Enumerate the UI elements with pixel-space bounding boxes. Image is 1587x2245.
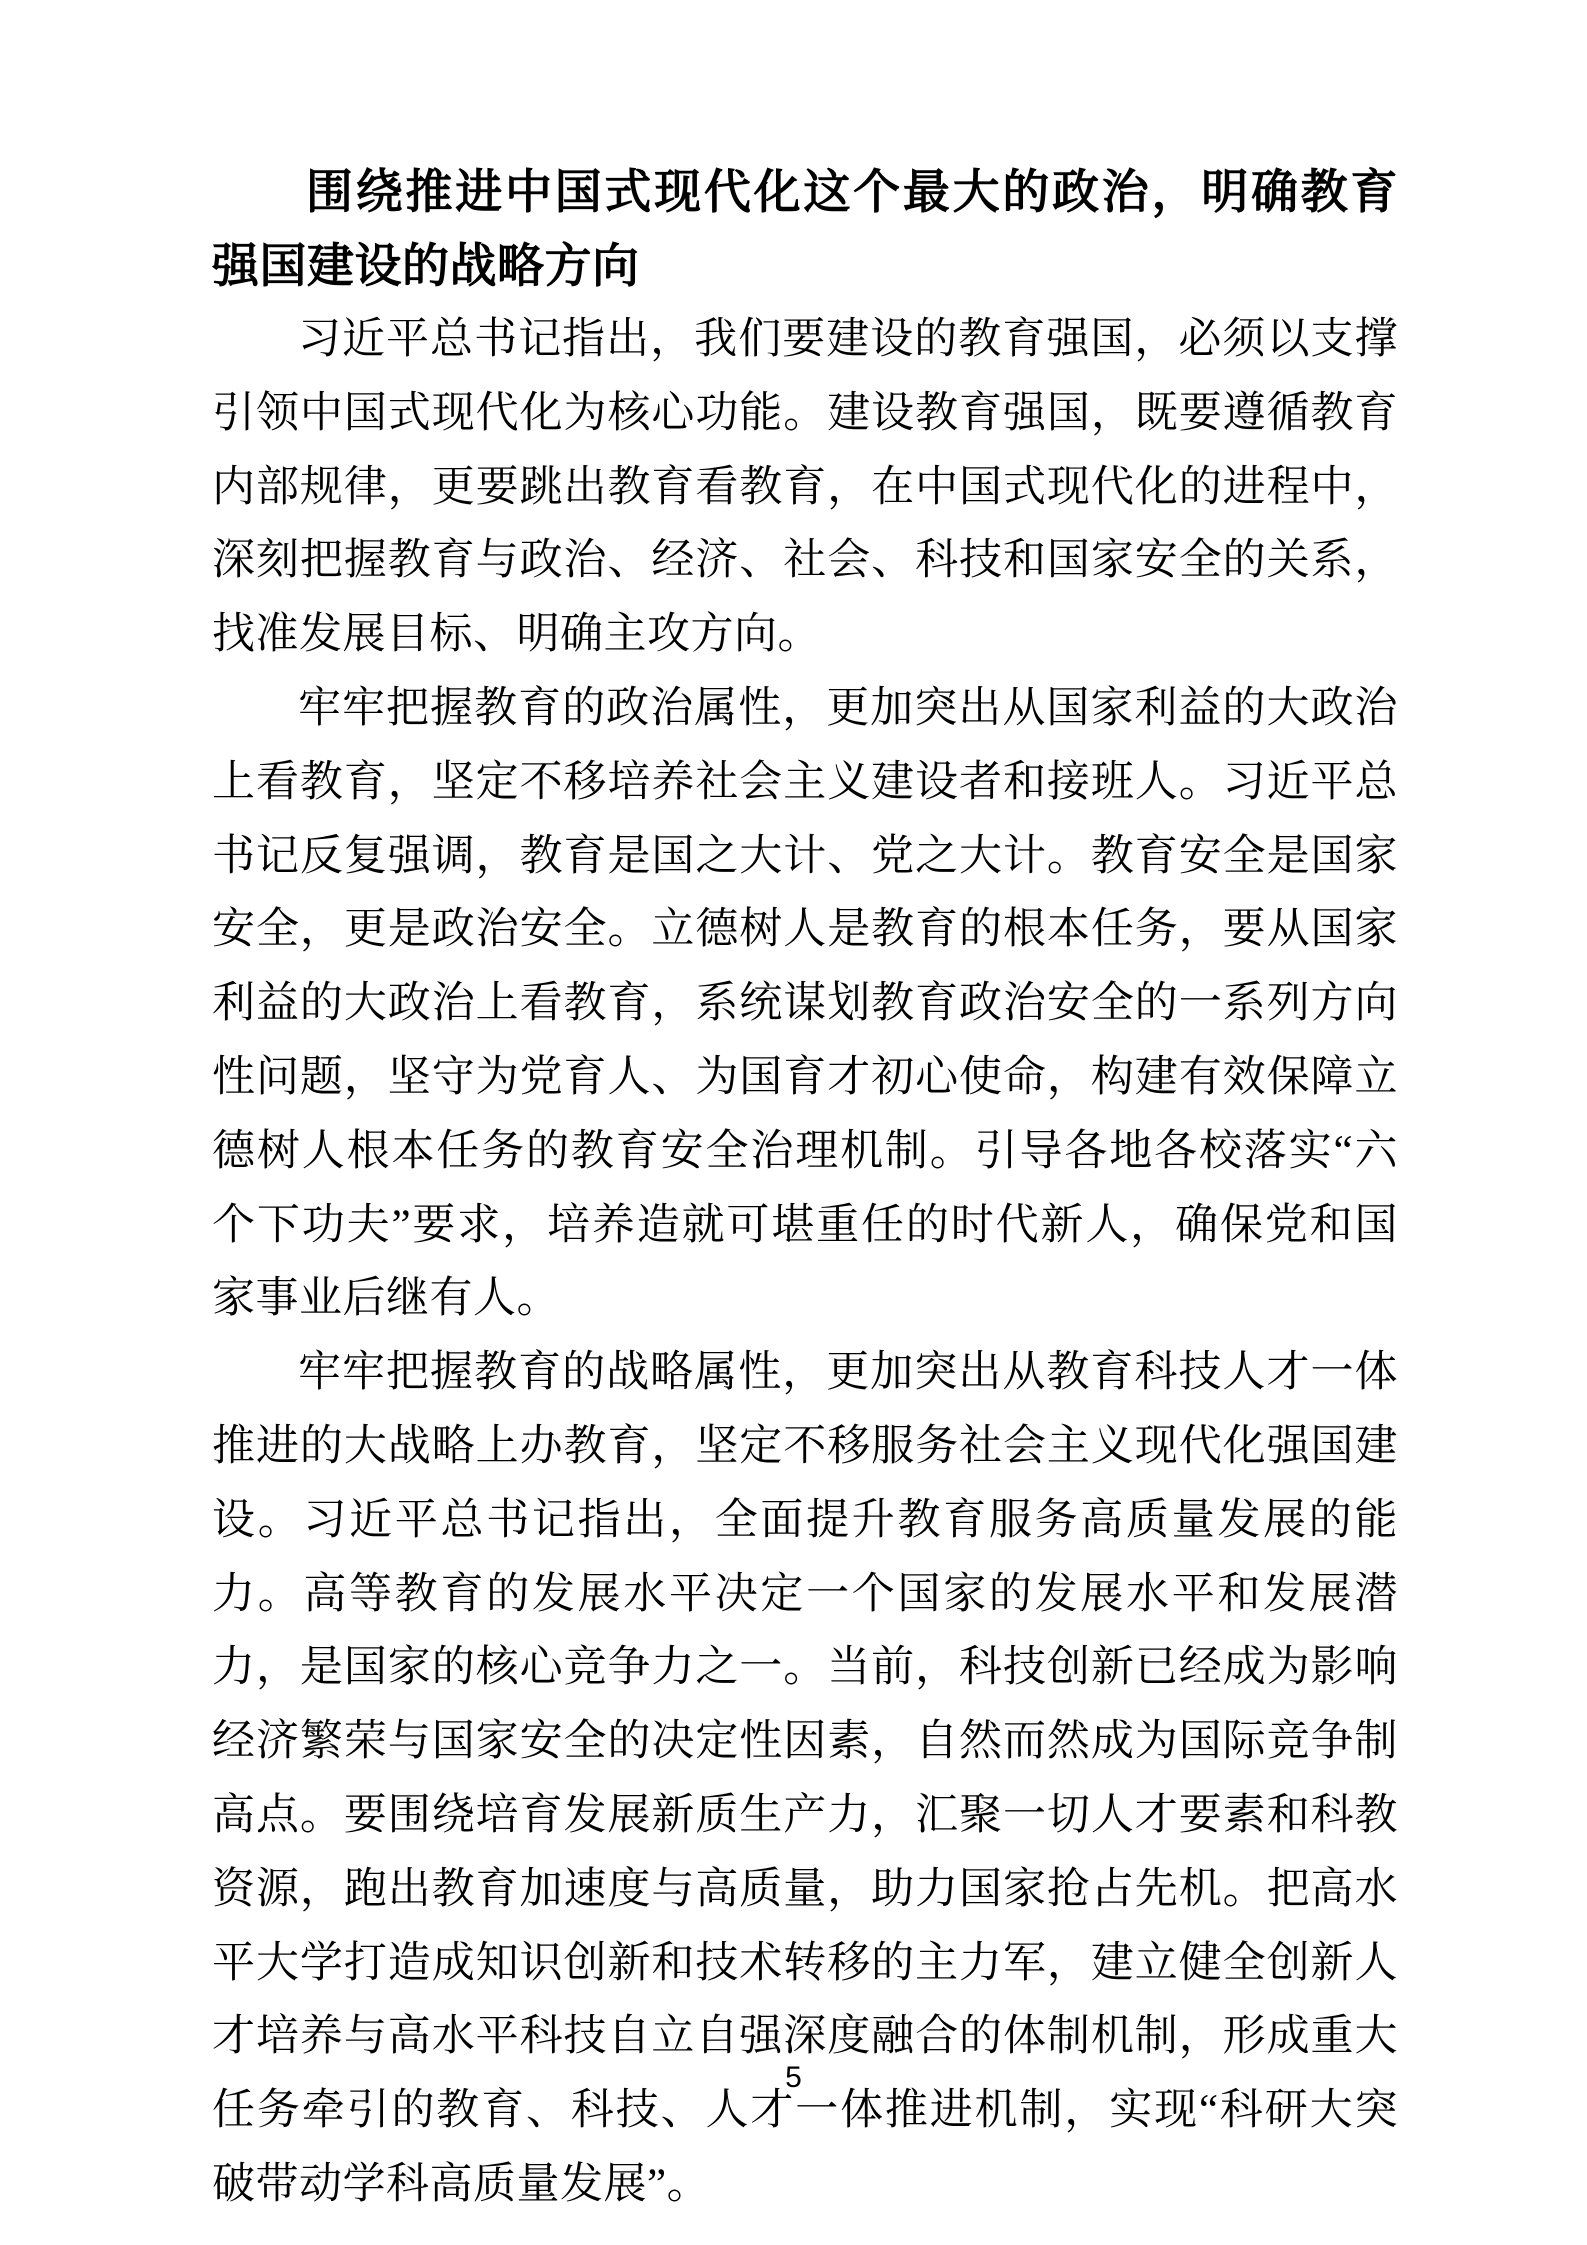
section-heading: 围绕推进中国式现代化这个最大的政治，明确教育强国建设的战略方向 [212, 155, 1398, 303]
paragraph-1: 习近平总书记指出，我们要建设的教育强国，必须以支撑引领中国式现代化为核心功能。建… [212, 303, 1398, 672]
page-footer: 5 [0, 2058, 1587, 2098]
paragraph-2: 牢牢把握教育的政治属性，更加突出从国家利益的大政治上看教育，坚定不移培养社会主义… [212, 672, 1398, 1336]
page-number: 5 [785, 2061, 802, 2094]
document-page: 围绕推进中国式现代化这个最大的政治，明确教育强国建设的战略方向 习近平总书记指出… [0, 0, 1587, 2245]
document-body: 围绕推进中国式现代化这个最大的政治，明确教育强国建设的战略方向 习近平总书记指出… [212, 155, 1398, 2222]
